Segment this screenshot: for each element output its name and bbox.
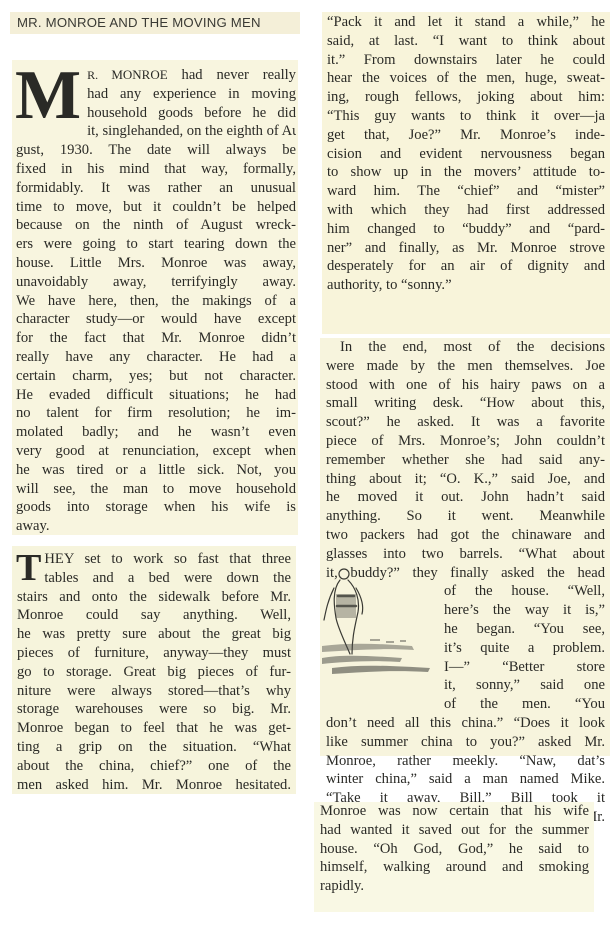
text-line: piece of Mrs. Monroe’s; John couldn’t — [326, 432, 605, 451]
text-line: house. “Oh God, God,” he said to — [320, 840, 589, 859]
text-line: he was tired or a little sick. Not, you — [16, 461, 296, 480]
text-line: remember whether she had said any- — [326, 451, 605, 470]
text-line: get that, Joe?” Mr. Monroe’s inde- — [327, 126, 605, 145]
text-line: formidably. It was rather an unusual — [16, 179, 296, 198]
text-line: ner” and finally, as Mr. Monroe strove — [327, 239, 605, 258]
text-line: men asked him. Mr. Monroe hesitated. — [17, 776, 291, 795]
text-line: Monroe began to feel that he was get- — [17, 719, 291, 738]
text-line: of the house. “Well, — [444, 582, 605, 601]
text-line: pieces of furniture, anyway—they must — [17, 644, 291, 663]
text-line: he moved it out. John hadn’t said — [326, 488, 605, 507]
text-line: niture were always stored—that’s why — [17, 682, 291, 701]
section-3-paragraph: “Pack it and let it stand a while,” he s… — [327, 13, 605, 295]
text-line: it’s quite a problem. — [444, 639, 605, 658]
text-line: goods into storage when his wife is — [16, 498, 296, 517]
text-line: ing, rough fellows, joking about him: — [327, 88, 605, 107]
text-line: “Pack it and let it stand a while,” he — [327, 13, 605, 32]
text-line: away. — [16, 517, 296, 536]
text-line: small writing desk. “How about this, — [326, 394, 605, 413]
text-line: for the fact that Mr. Monroe didn’t — [16, 329, 296, 348]
text-line: molated badly; and he wasn’t even — [16, 423, 296, 442]
section-5-paragraph: Monroe was now certain that his wife had… — [320, 802, 589, 896]
article-title: MR. MONROE AND THE MOVING MEN — [10, 12, 300, 34]
text-line: two packers had got the chinaware and — [326, 526, 605, 545]
text-line: In the end, most of the decisions — [326, 338, 605, 357]
text-line: no talent for firm resolution; he im- — [16, 404, 296, 423]
section-4-clipping: In the end, most of the decisions were m… — [320, 338, 610, 756]
text-line: house. Little Mrs. Monroe was away, — [16, 254, 296, 273]
text-line: go to storage. Great big pieces of fur- — [17, 663, 291, 682]
text-line: certain charm, yes; but not character. — [16, 367, 296, 386]
text-line: him changed to “buddy” and “pard- — [327, 220, 605, 239]
text-line: really have any character. He had a — [16, 348, 296, 367]
text-line: it, sonny,” said one — [444, 676, 605, 695]
text-line: because on the ninth of August wreck- — [16, 216, 296, 235]
drop-cap-m: M — [15, 68, 81, 124]
text-line: very good at renunciation, except when — [16, 442, 296, 461]
text-line: stairs and onto the sidewalk before Mr. — [17, 588, 291, 607]
text-line: character study—or would have except — [16, 310, 296, 329]
text-line: He evaded difficult situations; he had — [16, 386, 296, 405]
text-line: of the men. “You — [444, 695, 605, 714]
text-fragment: had never really — [168, 67, 296, 83]
text-line: desperately for an air of dignity and — [327, 257, 605, 276]
text-line: scout?” he asked. It was a favorite — [326, 413, 605, 432]
text-line: said, at last. “I want to think about — [327, 32, 605, 51]
text-line: it, singlehanded, on the eighth of Au- — [87, 122, 296, 141]
text-line: Monroe was now certain that his wife — [320, 802, 589, 821]
text-line: tables and a bed were down the — [44, 569, 291, 588]
section-2-paragraph: T HEY set to work so fast that three tab… — [17, 550, 291, 794]
text-line: Monroe, rather meekly. “Naw, dat’s — [326, 752, 605, 771]
text-line: about the china, chief?” one of the — [17, 757, 291, 776]
drop-cap-t: T — [16, 552, 41, 584]
beach-figure-illustration-icon — [322, 566, 432, 676]
text-line: cision and evident nervousness began — [327, 145, 605, 164]
section-1-paragraph: M R. MONROE had never really had any exp… — [16, 66, 296, 536]
text-line: “This guy wants to think it over—ja — [327, 107, 605, 126]
text-line: will see, the man to move household — [16, 480, 296, 499]
text-line: glasses into two barrels. “What about — [326, 545, 605, 564]
text-line: with which they had first addressed — [327, 201, 605, 220]
text-line: ers were going to start tearing down the — [16, 235, 296, 254]
text-line: unavoidably away, terrifyingly away. — [16, 273, 296, 292]
text-fragment: R. — [87, 68, 111, 82]
text-line: thing about it; “O. K.,” said Joe, and — [326, 470, 605, 489]
text-line: here’s the way it is,” — [444, 601, 605, 620]
text-line: to show up in the movers’ attitude to- — [327, 163, 605, 182]
section-3-clipping: “Pack it and let it stand a while,” he s… — [322, 12, 610, 334]
text-line: authority, to “sonny.” — [327, 276, 605, 295]
text-line: don’t need all this china.” “Does it loo… — [326, 714, 605, 733]
text-line: HEY set to work so fast that three — [44, 550, 291, 569]
text-line: hear the voices of the men, huge, sweat- — [327, 69, 605, 88]
text-line: winter china,” said a man named Mike. — [326, 770, 605, 789]
text-line: he was pretty sure about the great big — [17, 625, 291, 644]
text-line: storage warehouses were so big. Mr. — [17, 700, 291, 719]
text-line: rapidly. — [320, 877, 589, 896]
text-line: stood with one of his hairy paws on a — [326, 376, 605, 395]
text-line: it.” From downstairs later he could — [327, 51, 605, 70]
text-line: I—” “Better store — [444, 658, 605, 677]
section-2-clipping: T HEY set to work so fast that three tab… — [12, 546, 296, 794]
section-5-clipping: Monroe was now certain that his wife had… — [314, 802, 594, 912]
text-line: R. MONROE had never really — [87, 66, 296, 85]
text-line: household goods before he did — [87, 104, 296, 123]
text-line: gust, 1930. The date will always be — [16, 141, 296, 160]
text-line: himself, walking around and smoking — [320, 858, 589, 877]
small-caps-name: MONROE — [111, 67, 167, 82]
text-line: anything. So it went. Meanwhile — [326, 507, 605, 526]
section-1-clipping: M R. MONROE had never really had any exp… — [12, 60, 298, 535]
text-line: Monroe could say anything. Well, — [17, 606, 291, 625]
text-line: were made by the men themselves. Joe — [326, 357, 605, 376]
text-line: ting a grip on the situation. “What — [17, 738, 291, 757]
text-line: had wanted it saved out for the summer — [320, 821, 589, 840]
text-line: We have here, then, the makings of a — [16, 292, 296, 311]
text-line: like summer china to you?” asked Mr. — [326, 733, 605, 752]
text-line: fixed in his mind that way, formally, — [16, 160, 296, 179]
text-line: had any experience in moving — [87, 85, 296, 104]
text-line: time to move, but it couldn’t be helped — [16, 198, 296, 217]
text-line: ward him. The “chief” and “mister” — [327, 182, 605, 201]
text-line: he began. “You see, — [444, 620, 605, 639]
